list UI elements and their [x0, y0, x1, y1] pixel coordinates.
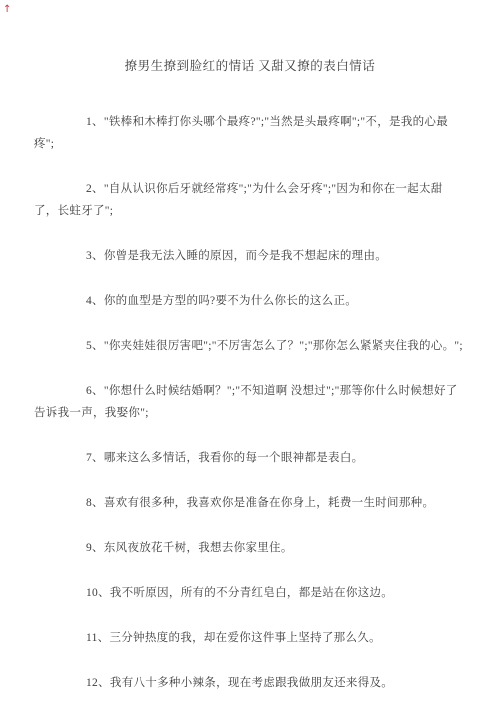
list-item-9: 9、东风夜放花千树，我想去你家里住。	[34, 537, 466, 559]
corner-mark: ↑	[3, 5, 11, 15]
content-area: 1、"铁棒和木棒打你头哪个最疼?";"当然是头最疼啊";"不，是我的心最疼"; …	[0, 74, 500, 694]
document-page: ↑ 撩男生撩到脸红的情话 又甜又撩的表白情话 1、"铁棒和木棒打你头哪个最疼?"…	[0, 0, 500, 708]
list-item-5: 5、"你夹娃娃很厉害吧";"不厉害怎么了？";"那你怎么紧紧夹住我的心。";	[34, 335, 466, 357]
list-item-3: 3、你曾是我无法入睡的原因，而今是我不想起床的理由。	[34, 245, 466, 267]
list-item-6: 6、"你想什么时候结婚啊？";"不知道啊 没想过";"那等你什么时候想好了告诉我…	[34, 380, 466, 424]
page-title: 撩男生撩到脸红的情话 又甜又撩的表白情话	[0, 0, 500, 74]
list-item-12: 12、我有八十多种小辣条，现在考虑跟我做朋友还来得及。	[34, 672, 466, 694]
list-item-11: 11、三分钟热度的我，却在爱你这件事上坚持了那么久。	[34, 627, 466, 649]
list-item-7: 7、哪来这么多情话，我看你的每一个眼神都是表白。	[34, 447, 466, 469]
list-item-10: 10、我不听原因，所有的不分青红皂白，都是站在你这边。	[34, 582, 466, 604]
list-item-1: 1、"铁棒和木棒打你头哪个最疼?";"当然是头最疼啊";"不，是我的心最疼";	[34, 111, 466, 155]
list-item-4: 4、你的血型是方型的吗?要不为什么你长的这么正。	[34, 290, 466, 312]
list-item-8: 8、喜欢有很多种，我喜欢你是准备在你身上，耗费一生时间那种。	[34, 492, 466, 514]
list-item-2: 2、"自从认识你后牙就经常疼";"为什么会牙疼";"因为和你在一起太甜了，长蛀牙…	[34, 178, 466, 222]
